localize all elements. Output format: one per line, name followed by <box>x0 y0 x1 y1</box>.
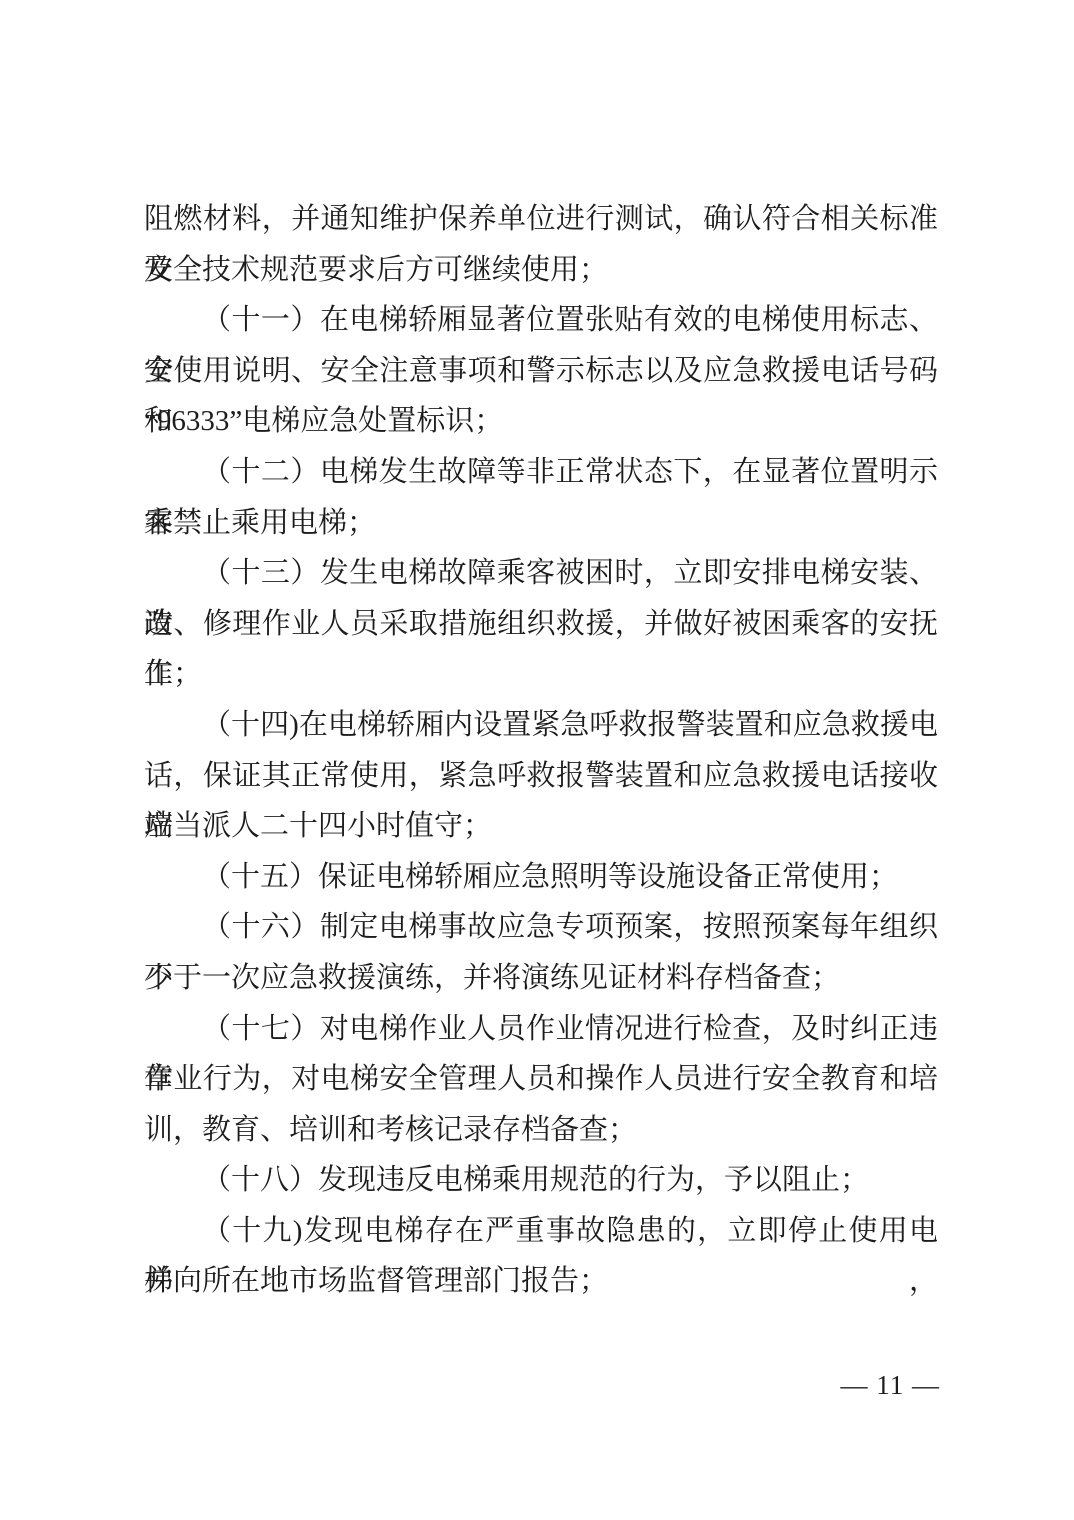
text-line: （十七）对电梯作业人员作业情况进行检查，及时纠正违章 <box>144 1004 938 1055</box>
text-line: 作； <box>144 649 938 700</box>
text-line: 安全技术规范要求后方可继续使用； <box>144 245 938 296</box>
text-line: 话，保证其正常使用，紧急呼救报警装置和应急救援电话接收端 <box>144 751 938 802</box>
text-line: （十二）电梯发生故障等非正常状态下，在显著位置明示乘 <box>144 447 938 498</box>
text-line: “96333”电梯应急处置标识； <box>144 396 938 447</box>
text-line: 全使用说明、安全注意事项和警示标志以及应急救援电话号码和 <box>144 346 938 397</box>
text-line: （十九)发现电梯存在严重事故隐患的，立即停止使用电梯， <box>144 1206 938 1257</box>
document-body: 阻燃材料，并通知维护保养单位进行测试，确认符合相关标准及安全技术规范要求后方可继… <box>144 194 938 1307</box>
text-line: （十八）发现违反电梯乘用规范的行为，予以阻止； <box>144 1155 938 1206</box>
text-line: （十一）在电梯轿厢显著位置张贴有效的电梯使用标志、安 <box>144 295 938 346</box>
text-line: （十五）保证电梯轿厢应急照明等设施设备正常使用； <box>144 852 938 903</box>
text-line: 应当派人二十四小时值守； <box>144 801 938 852</box>
text-line: 训，教育、培训和考核记录存档备查； <box>144 1105 938 1156</box>
text-line: 造、修理作业人员采取措施组织救援，并做好被困乘客的安抚工 <box>144 599 938 650</box>
text-line: 阻燃材料，并通知维护保养单位进行测试，确认符合相关标准及 <box>144 194 938 245</box>
text-line: 少于一次应急救援演练，并将演练见证材料存档备查； <box>144 953 938 1004</box>
text-line: （十三）发生电梯故障乘客被困时，立即安排电梯安装、改 <box>144 548 938 599</box>
document-page: 阻燃材料，并通知维护保养单位进行测试，确认符合相关标准及安全技术规范要求后方可继… <box>0 0 1074 1520</box>
text-line: 作业行为，对电梯安全管理人员和操作人员进行安全教育和培 <box>144 1054 938 1105</box>
text-line: （十四)在电梯轿厢内设置紧急呼救报警装置和应急救援电 <box>144 700 938 751</box>
page-number: — 11 — <box>841 1369 941 1401</box>
text-line: （十六）制定电梯事故应急专项预案，按照预案每年组织不 <box>144 902 938 953</box>
text-line: 客禁止乘用电梯； <box>144 498 938 549</box>
